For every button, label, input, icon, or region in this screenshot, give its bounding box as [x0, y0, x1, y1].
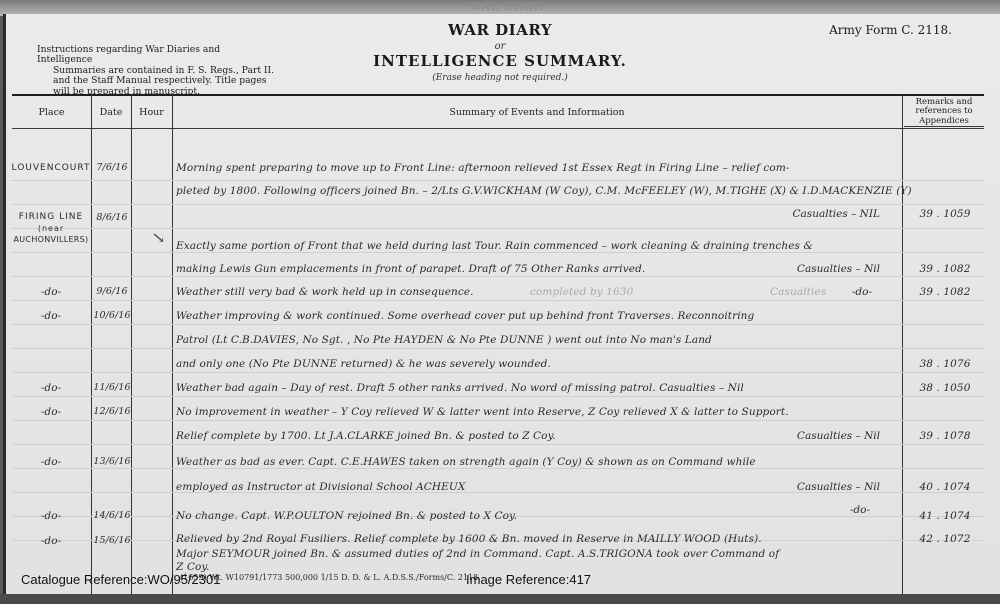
entry-date: 9/6/16 — [93, 286, 131, 297]
column-header-date: Date — [91, 96, 131, 128]
entry-remark-reference: 39 . 1059 — [905, 208, 985, 220]
entry-summary-line: Morning spent preparing to move up to Fr… — [176, 162, 790, 174]
ruled-line — [12, 300, 984, 301]
entry-date: 15/6/16 — [93, 535, 131, 546]
entry-place: -do- — [6, 535, 96, 547]
entry-remark-reference: 38 . 1050 — [905, 382, 985, 394]
ruled-line — [12, 420, 984, 421]
column-header-place: Place — [12, 96, 91, 128]
ruled-line — [12, 444, 984, 445]
ruled-line — [12, 204, 984, 205]
entry-summary-line: employed as Instructor at Divisional Sch… — [176, 481, 465, 493]
entry-place: -do- — [6, 286, 96, 298]
entry-date: 11/6/16 — [93, 382, 131, 393]
column-header-remarks: Remarks and references to Appendices — [903, 96, 985, 128]
column-header-hour: Hour — [131, 96, 172, 128]
column-divider-date-hour — [131, 95, 132, 595]
page-bottom-edge — [0, 594, 1000, 604]
entry-place: -do- — [6, 456, 96, 468]
entry-summary-line: making Lewis Gun emplacements in front o… — [176, 263, 645, 275]
entry-casualties: Casualties – Nil — [797, 430, 880, 442]
entry-summary-line: Relief complete by 1700. Lt J.A.CLARKE j… — [176, 430, 556, 442]
title-or: or — [0, 41, 1000, 52]
entry-remark-reference: 41 . 1074 — [905, 510, 985, 522]
entry-remark-reference: 39 . 1082 — [905, 286, 985, 298]
bleed-through-text: WAR DIARY — [470, 0, 546, 13]
image-reference: Image Reference:417 — [466, 572, 591, 587]
entry-summary-line: Exactly same portion of Front that we he… — [176, 240, 813, 252]
entry-remark-reference: 40 . 1074 — [905, 481, 985, 493]
entry-remark-reference: 42 . 1072 — [905, 533, 985, 545]
entry-place: -do- — [6, 310, 96, 322]
faint-bleed-through-note: Casualties — [770, 286, 826, 298]
entry-place: LOUVENCOURT — [6, 163, 96, 173]
entry-summary-line: Patrol (Lt C.B.DAVIES, No Sgt. , No Pte … — [176, 334, 712, 346]
entry-casualties: Casualties – Nil — [797, 481, 880, 493]
entry-date: 8/6/16 — [93, 212, 131, 223]
ruled-line — [12, 324, 984, 325]
ruled-line — [12, 180, 984, 181]
entry-summary-line: Major SEYMOUR joined Bn. & assumed dutie… — [176, 548, 779, 560]
entry-date: 7/6/16 — [93, 162, 131, 173]
printer-imprint: (1659) Wt. W10791/1773 500,000 1/15 D. D… — [180, 573, 481, 582]
entry-casualties: Casualties – NIL — [793, 208, 880, 220]
entry-place-note: AUCHONVILLERS) — [6, 235, 96, 244]
entry-remark-reference: 39 . 1078 — [905, 430, 985, 442]
entry-summary-line: No change. Capt. W.P.OULTON rejoined Bn.… — [176, 510, 517, 522]
entry-date: 14/6/16 — [93, 510, 131, 521]
entry-place: -do- — [6, 406, 96, 418]
entry-remark-reference: 39 . 1082 — [905, 263, 985, 275]
title-intelligence-summary: INTELLIGENCE SUMMARY. — [0, 52, 1000, 70]
ruled-line — [12, 372, 984, 373]
ruled-line — [12, 348, 984, 349]
entry-summary-line: No improvement in weather – Y Coy reliev… — [176, 406, 789, 418]
entry-date: 12/6/16 — [93, 406, 131, 417]
entry-place: -do- — [6, 382, 96, 394]
entry-casualties: -do- — [850, 504, 870, 516]
entry-summary-line: Weather still very bad & work held up in… — [176, 286, 474, 298]
ruled-line — [12, 252, 984, 253]
entry-casualties: -do- — [852, 286, 872, 298]
entry-remark-reference: 38 . 1076 — [905, 358, 985, 370]
column-divider-hour-summary — [172, 95, 173, 595]
entry-casualties: Casualties – Nil — [797, 263, 880, 275]
catalogue-reference: Catalogue Reference:WO/95/2301 — [21, 572, 220, 587]
army-form-number: Army Form C. 2118. — [829, 23, 952, 37]
entry-place-note: (near — [6, 224, 96, 233]
entry-date: 10/6/16 — [93, 310, 131, 321]
entry-summary-line: Weather improving & work continued. Some… — [176, 310, 754, 322]
entry-place: -do- — [6, 510, 96, 522]
header-bottom-rule — [12, 128, 984, 129]
entry-summary-line: pleted by 1800. Following officers joine… — [176, 185, 912, 197]
erase-heading-note: (Erase heading not required.) — [0, 73, 1000, 83]
entry-place: FIRING LINE — [6, 212, 96, 222]
entry-summary-line: Relieved by 2nd Royal Fusiliers. Relief … — [176, 533, 762, 545]
ruled-line — [12, 276, 984, 277]
entry-summary-line: Weather bad again – Day of rest. Draft 5… — [176, 382, 744, 394]
entry-summary-line: Weather as bad as ever. Capt. C.E.HAWES … — [176, 456, 756, 468]
ruled-line — [12, 396, 984, 397]
column-divider-summary-remarks — [902, 95, 903, 595]
entry-date: 13/6/16 — [93, 456, 131, 467]
ruled-line — [12, 468, 984, 469]
faint-bleed-through-note: completed by 1630 — [530, 286, 633, 298]
column-header-summary: Summary of Events and Information — [172, 96, 902, 128]
entry-summary-line: and only one (No Pte DUNNE returned) & h… — [176, 358, 551, 370]
